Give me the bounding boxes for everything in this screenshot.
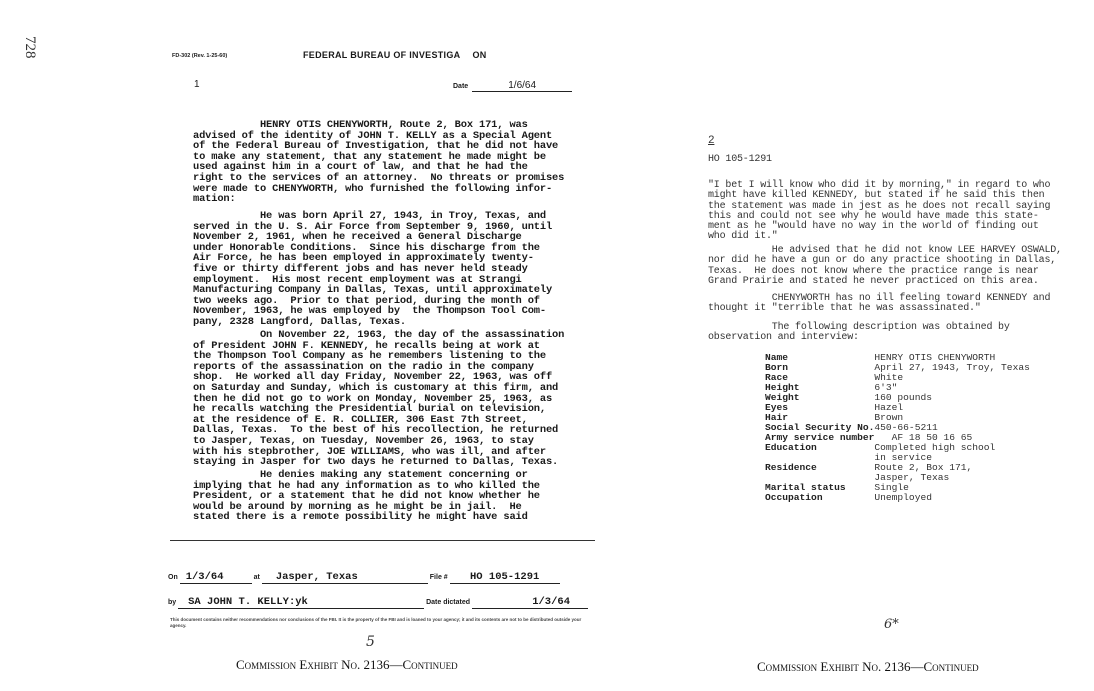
by-label: by bbox=[168, 599, 176, 606]
date-field: Date 1/6/64 bbox=[453, 80, 572, 92]
description-row: RaceWhite bbox=[765, 373, 1030, 383]
handwritten-page-mark: 5 bbox=[366, 634, 375, 650]
description-row: OccupationUnemployed bbox=[765, 493, 1030, 503]
interview-location: Jasper, Texas bbox=[262, 571, 428, 584]
handwritten-page-mark-right: 6* bbox=[884, 617, 899, 632]
description-value: White bbox=[874, 373, 1029, 383]
volume-page-number: 728 bbox=[21, 36, 38, 59]
description-value: Route 2, Box 171, Jasper, Texas bbox=[874, 463, 1029, 483]
description-label: Occupation bbox=[765, 493, 874, 503]
description-label: Residence bbox=[765, 463, 874, 483]
divider-rule bbox=[170, 540, 595, 541]
description-row: ResidenceRoute 2, Box 171, Jasper, Texas bbox=[765, 463, 1030, 483]
paragraph-description-intro: The following description was obtained b… bbox=[708, 323, 1010, 344]
paragraph-denial: He denies making any statement concernin… bbox=[193, 470, 540, 523]
disclaimer-text: This document contains neither recommend… bbox=[170, 617, 595, 628]
agency-header: FEDERAL BUREAU OF INVESTIGAON bbox=[303, 50, 487, 60]
agency-name: FEDERAL BUREAU OF INVESTIGA bbox=[303, 50, 460, 60]
date-dictated-value: 1/3/64 bbox=[472, 596, 588, 609]
paragraph-feeling: CHENYWORTH has no ill feeling toward KEN… bbox=[708, 294, 1050, 315]
footer-agent-row: by SA JOHN T. KELLY:yk Date dictated 1/3… bbox=[168, 596, 596, 609]
agency-name-tail: ON bbox=[472, 50, 486, 60]
date-label: Date bbox=[453, 83, 468, 90]
paragraph-quote: "I bet I will know who did it by morning… bbox=[708, 181, 1050, 243]
paragraph-background: He was born April 27, 1943, in Troy, Tex… bbox=[193, 211, 552, 328]
page-number-2: 2 bbox=[708, 136, 714, 146]
exhibit-caption-right: Commission Exhibit No. 2136—Continued bbox=[757, 659, 979, 675]
at-label: at bbox=[254, 574, 260, 581]
paragraph-advisement: HENRY OTIS CHENYWORTH, Route 2, Box 171,… bbox=[193, 120, 564, 205]
date-dictated-label: Date dictated bbox=[426, 599, 470, 606]
agent-name: SA JOHN T. KELLY:yk bbox=[178, 596, 424, 609]
file-label: File # bbox=[430, 574, 448, 581]
paragraph-oswald: He advised that he did not know LEE HARV… bbox=[708, 246, 1062, 287]
file-number: HO 105-1291 bbox=[450, 571, 560, 584]
description-table: NameHENRY OTIS CHENYWORTHBornApril 27, 1… bbox=[765, 353, 1030, 503]
form-number: FD-302 (Rev. 1-25-60) bbox=[172, 53, 227, 59]
description-value: Completed high school in service bbox=[874, 443, 1029, 463]
exhibit-caption-left: Commission Exhibit No. 2136—Continued bbox=[236, 657, 458, 673]
on-label: On bbox=[168, 574, 178, 581]
footer-interview-row: On 1/3/64 at Jasper, Texas File # HO 105… bbox=[168, 571, 596, 584]
description-row: EducationCompleted high school in servic… bbox=[765, 443, 1030, 463]
interview-date: 1/3/64 bbox=[180, 571, 252, 584]
date-value: 1/6/64 bbox=[472, 80, 572, 92]
page-number: 1 bbox=[194, 79, 200, 90]
description-value: Unemployed bbox=[874, 493, 1029, 503]
paragraph-november-22: On November 22, 1963, the day of the ass… bbox=[193, 330, 564, 468]
description-label: Education bbox=[765, 443, 874, 463]
file-reference: HO 105-1291 bbox=[708, 155, 772, 165]
